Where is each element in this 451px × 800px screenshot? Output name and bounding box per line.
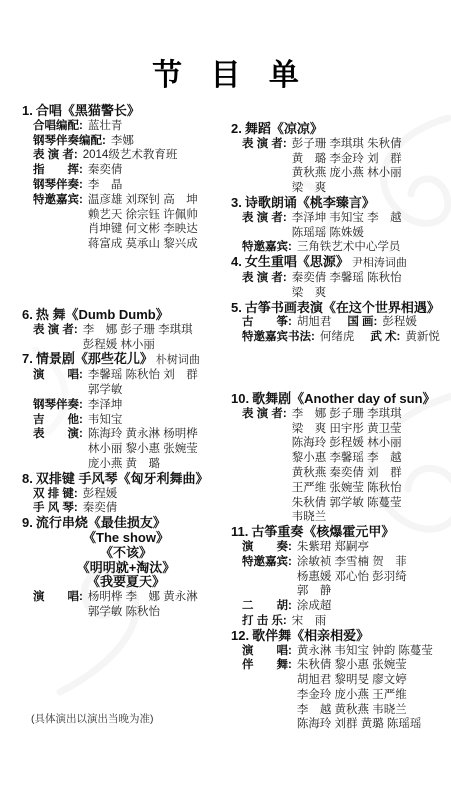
program-item-row: 表 演 者: 李 娜 彭子珊 李琪琪 彭程媛 林小丽	[33, 323, 234, 353]
program-item: 7.情景剧《那些花儿》朴树词曲 演 唱: 李馨瑶 陈秋怡 刘 群 郭学敏 钢琴伴…	[22, 352, 234, 471]
program-item-subtitles: 《The show》《不该》《明明就+淘汰》《我要夏天》	[33, 531, 219, 590]
program-item-title: 流行串烧《最佳损友》	[36, 515, 166, 530]
row-value: 胡旭君	[297, 315, 332, 330]
program-item-title: 合唱《黑猫警长》	[36, 103, 140, 118]
program-item-title: 双排键 手风琴《匈牙利舞曲》	[36, 471, 209, 486]
row-label: 双 排 键:	[33, 487, 78, 502]
program-column-left: 1.合唱《黑猫警长》 合唱编配: 蓝壮青 钢琴伴奏编配: 李娜 表 演 者: 2…	[22, 104, 234, 620]
row-value: 秦奕倩 李馨瑶 陈秋怡 梁 爽	[292, 271, 402, 301]
program-item-number: 9.	[22, 515, 33, 530]
program-item-rows: 表 演 者: 李 娜 彭子珊 李琪琪 梁 爽 田宇彤 黄卫莹 陈海玲 彭程媛 林…	[242, 407, 451, 525]
program-item-heading: 2.舞蹈《凉凉》	[231, 122, 451, 137]
program-item-row: 表 演 者: 秦奕倩 李馨瑶 陈秋怡 梁 爽	[242, 271, 451, 301]
row-value: 彭程媛	[83, 487, 118, 502]
row-label: 手 风 琴:	[33, 501, 78, 516]
program-item: 11.古筝重奏《核爆霍元甲》 演 奏: 朱紫珺 郑嗣亭 特邀嘉宾: 涂敏祯 李雪…	[231, 525, 451, 629]
row-label: 特邀嘉宾:	[33, 193, 83, 208]
program-page: 节 目 单 1.合唱《黑猫警长》 合唱编配: 蓝壮青 钢琴伴奏编配: 李娜 表 …	[0, 0, 451, 800]
program-item: 10.歌舞剧《Another day of sun》 表 演 者: 李 娜 彭子…	[231, 392, 451, 525]
program-item-heading: 9.流行串烧《最佳损友》	[22, 516, 234, 531]
row-label: 演 唱:	[33, 368, 83, 383]
program-item-number: 8.	[22, 471, 33, 486]
program-item: 2.舞蹈《凉凉》 表 演 者: 彭子珊 李琪琪 朱秋倩 黄 璐 李金玲 刘 群 …	[231, 122, 451, 196]
program-item-heading: 5.古筝书画表演《在这个世界相遇》	[231, 301, 451, 316]
program-item: 4.女生重唱《思源》尹相涛词曲 表 演 者: 秦奕倩 李馨瑶 陈秋怡 梁 爽	[231, 255, 451, 300]
program-item-title: 歌伴舞《相亲相爱》	[252, 628, 369, 643]
program-item-number: 11.	[231, 524, 248, 539]
program-item-rows: 双 排 键: 彭程媛 手 风 琴: 秦奕倩	[33, 487, 234, 517]
program-item-row: 钢琴伴奏编配: 李娜	[33, 134, 234, 149]
row-label: 古 筝:	[242, 315, 292, 330]
program-item-number: 12.	[231, 628, 249, 643]
program-item-rows: 表 演 者: 李泽坤 韦知宝 李 越 陈瑶瑶 陈姝媛 特邀嘉宾: 三角铁艺术中心…	[242, 211, 451, 255]
row-label: 特邀嘉宾书法:	[242, 330, 315, 345]
program-item-number: 6.	[22, 307, 33, 322]
program-item-title: 情景剧《那些花儿》	[36, 351, 153, 366]
program-item-heading: 11.古筝重奏《核爆霍元甲》	[231, 525, 451, 540]
row-value: 何绪虎	[320, 330, 355, 345]
program-item-title: 热 舞《Dumb Dumb》	[36, 307, 169, 322]
program-item: 9.流行串烧《最佳损友》 《The show》《不该》《明明就+淘汰》《我要夏天…	[22, 516, 234, 620]
program-item-heading: 3.诗歌朗诵《桃李臻言》	[231, 196, 451, 211]
program-item-number: 5.	[231, 300, 242, 315]
row-value: 温彦雄 刘琛钊 高 坤 赖艺天 徐宗钰 许佩帅 肖坤键 何文彬 李映达 蒋富成 …	[88, 193, 198, 252]
program-item-suffix: 尹相涛词曲	[352, 257, 407, 269]
row-value: 涂敏祯 李雪楠 贺 菲 杨惠媛 邓心怡 彭羽绮 郭 静	[297, 555, 407, 599]
row-label: 打 击 乐:	[242, 614, 287, 629]
row-label: 特邀嘉宾:	[242, 240, 292, 255]
program-item: 1.合唱《黑猫警长》 合唱编配: 蓝壮青 钢琴伴奏编配: 李娜 表 演 者: 2…	[22, 104, 234, 252]
program-item-heading: 6.热 舞《Dumb Dumb》	[22, 308, 234, 323]
program-item-number: 2.	[231, 121, 242, 136]
program-item: 5.古筝书画表演《在这个世界相遇》 古 筝: 胡旭君 国 画:彭程媛 特邀嘉宾书…	[231, 301, 451, 345]
program-item-row: 钢琴伴奏: 李 晶	[33, 178, 234, 193]
row-value: 秦奕倩	[88, 163, 123, 178]
program-item-rows: 合唱编配: 蓝壮青 钢琴伴奏编配: 李娜 表 演 者: 2014级艺术教育班 指…	[33, 119, 234, 252]
row-label: 钢琴伴奏:	[33, 178, 83, 193]
row-label: 表 演 者:	[242, 211, 287, 226]
row-value: 2014级艺术教育班	[83, 148, 178, 163]
program-item-row: 特邀嘉宾: 涂敏祯 李雪楠 贺 菲 杨惠媛 邓心怡 彭羽绮 郭 静	[242, 555, 451, 599]
row-value: 李泽坤	[88, 398, 123, 413]
page-title: 节 目 单	[0, 50, 451, 94]
program-item-rows: 古 筝: 胡旭君 国 画:彭程媛 特邀嘉宾书法: 何绪虎 武 术:黄新悦	[242, 315, 451, 345]
program-item-rows: 表 演 者: 李 娜 彭子珊 李琪琪 彭程媛 林小丽	[33, 323, 234, 353]
row-value: 朱秋倩 黎小惠 张婉莹 胡旭君 黎明旻 廖文婷 李金玲 庞小燕 王严维 李 越 …	[297, 658, 422, 732]
row-value: 彭子珊 李琪琪 朱秋倩 黄 璐 李金玲 刘 群 黄秋燕 庞小燕 林小丽 梁 爽	[292, 137, 402, 196]
program-item-row: 指 挥: 秦奕倩	[33, 163, 234, 178]
row-label: 演 奏:	[242, 540, 292, 555]
program-item-heading: 12.歌伴舞《相亲相爱》	[231, 629, 451, 644]
row-value: 李 晶	[88, 178, 123, 193]
row-label: 表 演 者:	[242, 271, 287, 286]
row-label: 吉 他:	[33, 413, 83, 428]
row-label: 钢琴伴奏编配:	[33, 134, 106, 149]
row-value: 李 娜 彭子珊 李琪琪 彭程媛 林小丽	[83, 323, 193, 353]
program-item: 12.歌伴舞《相亲相爱》 演 唱: 黄永淋 韦知宝 钟韵 陈蔓莹 伴 舞: 朱秋…	[231, 629, 451, 733]
program-item-rows: 演 奏: 朱紫珺 郑嗣亭 特邀嘉宾: 涂敏祯 李雪楠 贺 菲 杨惠媛 邓心怡 彭…	[242, 540, 451, 629]
program-item: 6.热 舞《Dumb Dumb》 表 演 者: 李 娜 彭子珊 李琪琪 彭程媛 …	[22, 308, 234, 352]
program-item-number: 10.	[231, 391, 249, 406]
program-item-number: 7.	[22, 351, 33, 366]
program-item-rows: 表 演 者: 秦奕倩 李馨瑶 陈秋怡 梁 爽	[242, 271, 451, 301]
program-item-row: 表 演: 陈海玲 黄永淋 杨明桦 林小丽 黎小惠 张婉莹 庞小燕 黄 璐	[33, 427, 234, 471]
row-label: 表 演 者:	[33, 323, 78, 338]
row-value: 杨明桦 李 娜 黄永淋 郭学敏 陈秋怡	[88, 590, 198, 620]
program-item: 3.诗歌朗诵《桃李臻言》 表 演 者: 李泽坤 韦知宝 李 越 陈瑶瑶 陈姝媛 …	[231, 196, 451, 255]
program-item-heading: 8.双排键 手风琴《匈牙利舞曲》	[22, 472, 234, 487]
program-item-row: 特邀嘉宾: 三角铁艺术中心学员	[242, 240, 451, 255]
row-label: 表 演 者:	[242, 407, 287, 422]
row-value: 李馨瑶 陈秋怡 刘 群 郭学敏	[88, 368, 198, 398]
program-item-heading: 1.合唱《黑猫警长》	[22, 104, 234, 119]
row-label: 国 画:	[347, 315, 377, 330]
program-item-row: 演 奏: 朱紫珺 郑嗣亭	[242, 540, 451, 555]
program-item-number: 4.	[231, 254, 242, 269]
program-item-row: 双 排 键: 彭程媛	[33, 487, 234, 502]
program-item-title: 女生重唱《思源》	[245, 254, 349, 269]
program-item-row: 手 风 琴: 秦奕倩	[33, 501, 234, 516]
program-item-title: 歌舞剧《Another day of sun》	[252, 391, 435, 406]
song-title: 《不该》	[33, 546, 219, 561]
program-item-row: 表 演 者: 李泽坤 韦知宝 李 越 陈瑶瑶 陈姝媛	[242, 211, 451, 241]
program-item-number: 1.	[22, 103, 33, 118]
row-label: 表 演 者:	[242, 137, 287, 152]
program-item-row: 合唱编配: 蓝壮青	[33, 119, 234, 134]
program-item-heading: 4.女生重唱《思源》尹相涛词曲	[231, 255, 451, 271]
row-value: 韦知宝	[88, 413, 123, 428]
row-value: 秦奕倩	[83, 501, 118, 516]
row-value: 陈海玲 黄永淋 杨明桦 林小丽 黎小惠 张婉莹 庞小燕 黄 璐	[88, 427, 198, 471]
program-item-row: 特邀嘉宾: 温彦雄 刘琛钊 高 坤 赖艺天 徐宗钰 许佩帅 肖坤键 何文彬 李映…	[33, 193, 234, 252]
row-value: 蓝壮青	[88, 119, 123, 134]
program-item-rows: 演 唱: 黄永淋 韦知宝 钟韵 陈蔓莹 伴 舞: 朱秋倩 黎小惠 张婉莹 胡旭君…	[242, 644, 451, 733]
program-item-row: 打 击 乐: 宋 雨	[242, 614, 451, 629]
program-item-rows: 演 唱: 杨明桦 李 娜 黄永淋 郭学敏 陈秋怡	[33, 590, 234, 620]
program-item-rows: 演 唱: 李馨瑶 陈秋怡 刘 群 郭学敏 钢琴伴奏: 李泽坤 吉 他: 韦知宝 …	[33, 368, 234, 472]
program-item-row: 表 演 者: 李 娜 彭子珊 李琪琪 梁 爽 田宇彤 黄卫莹 陈海玲 彭程媛 林…	[242, 407, 451, 525]
row-value: 朱紫珺 郑嗣亭	[297, 540, 369, 555]
program-item-heading: 10.歌舞剧《Another day of sun》	[231, 392, 451, 407]
row-value: 李 娜 彭子珊 李琪琪 梁 爽 田宇彤 黄卫莹 陈海玲 彭程媛 林小丽 黎小惠 …	[292, 407, 402, 525]
row-value: 李泽坤 韦知宝 李 越 陈瑶瑶 陈姝媛	[292, 211, 402, 241]
program-item-title: 古筝重奏《核爆霍元甲》	[251, 524, 394, 539]
row-value: 李娜	[111, 134, 134, 149]
program-item-row: 表 演 者: 彭子珊 李琪琪 朱秋倩 黄 璐 李金玲 刘 群 黄秋燕 庞小燕 林…	[242, 137, 451, 196]
program-item-heading: 7.情景剧《那些花儿》朴树词曲	[22, 352, 234, 368]
row-label: 表 演:	[33, 427, 83, 442]
song-title: 《我要夏天》	[33, 575, 219, 590]
row-label: 演 唱:	[33, 590, 83, 605]
program-item-row: 吉 他: 韦知宝	[33, 413, 234, 428]
row-value: 黄永淋 韦知宝 钟韵 陈蔓莹	[297, 644, 433, 659]
program-item: 8.双排键 手风琴《匈牙利舞曲》 双 排 键: 彭程媛 手 风 琴: 秦奕倩	[22, 472, 234, 516]
row-value: 黄新悦	[405, 330, 440, 345]
row-value: 彭程媛	[382, 315, 417, 330]
program-item-title: 舞蹈《凉凉》	[245, 121, 323, 136]
row-label: 伴 舞:	[242, 658, 292, 673]
program-item-row: 特邀嘉宾书法: 何绪虎 武 术:黄新悦	[242, 330, 451, 345]
footnote: (具体演出以演出当晚为准)	[31, 711, 154, 726]
program-item-row: 演 唱: 杨明桦 李 娜 黄永淋 郭学敏 陈秋怡	[33, 590, 234, 620]
program-item-row: 演 唱: 李馨瑶 陈秋怡 刘 群 郭学敏	[33, 368, 234, 398]
program-item-row: 古 筝: 胡旭君 国 画:彭程媛	[242, 315, 451, 330]
program-item-title: 古筝书画表演《在这个世界相遇》	[245, 300, 440, 315]
program-column-right: 2.舞蹈《凉凉》 表 演 者: 彭子珊 李琪琪 朱秋倩 黄 璐 李金玲 刘 群 …	[231, 122, 451, 732]
program-item-rows: 表 演 者: 彭子珊 李琪琪 朱秋倩 黄 璐 李金玲 刘 群 黄秋燕 庞小燕 林…	[242, 137, 451, 196]
program-item-row: 演 唱: 黄永淋 韦知宝 钟韵 陈蔓莹	[242, 644, 451, 659]
row-label: 演 唱:	[242, 644, 292, 659]
row-value: 三角铁艺术中心学员	[297, 240, 401, 255]
program-item-number: 3.	[231, 195, 242, 210]
row-label: 指 挥:	[33, 163, 83, 178]
row-label: 钢琴伴奏:	[33, 398, 83, 413]
program-item-row: 二 胡: 涂成超	[242, 599, 451, 614]
program-item-suffix: 朴树词曲	[156, 354, 200, 366]
row-label: 合唱编配:	[33, 119, 83, 134]
program-item-row: 表 演 者: 2014级艺术教育班	[33, 148, 234, 163]
row-label: 武 术:	[370, 330, 400, 345]
song-title: 《The show》	[33, 531, 219, 546]
row-label: 二 胡:	[242, 599, 292, 614]
program-item-title: 诗歌朗诵《桃李臻言》	[245, 195, 375, 210]
program-item-row: 钢琴伴奏: 李泽坤	[33, 398, 234, 413]
row-label: 表 演 者:	[33, 148, 78, 163]
song-title: 《明明就+淘汰》	[33, 561, 219, 576]
row-label: 特邀嘉宾:	[242, 555, 292, 570]
row-value: 宋 雨	[292, 614, 327, 629]
row-value: 涂成超	[297, 599, 332, 614]
program-item-row: 伴 舞: 朱秋倩 黎小惠 张婉莹 胡旭君 黎明旻 廖文婷 李金玲 庞小燕 王严维…	[242, 658, 451, 732]
